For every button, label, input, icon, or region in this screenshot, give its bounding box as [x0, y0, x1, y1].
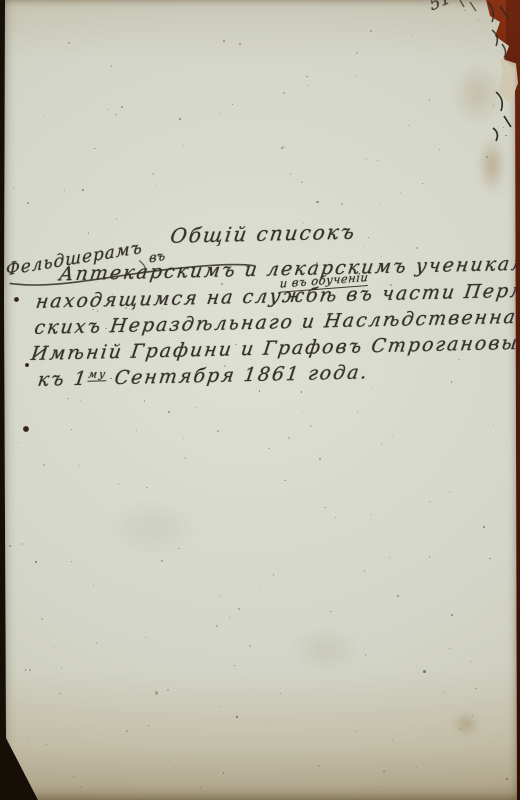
paper-fleck [25, 787, 26, 788]
date-prefix: къ 1 [36, 368, 89, 391]
handwriting-layer: 51 Общій списокъ Фельдшерамъ въ Аптекарс… [0, 0, 520, 800]
manuscript-photo: 51 Общій списокъ Фельдшерамъ въ Аптекарс… [0, 0, 520, 800]
document-title: Общій списокъ [169, 220, 358, 248]
pen-flourish-stroke [0, 0, 520, 800]
page-number: 51 [427, 0, 453, 15]
date-ordinal-superscript: му [88, 368, 108, 381]
manuscript-page: 51 Общій списокъ Фельдшерамъ въ Аптекарс… [0, 0, 520, 800]
date-line: къ 1му Сентября 1861 года. [36, 361, 370, 391]
date-rest: Сентября 1861 года. [105, 361, 370, 389]
